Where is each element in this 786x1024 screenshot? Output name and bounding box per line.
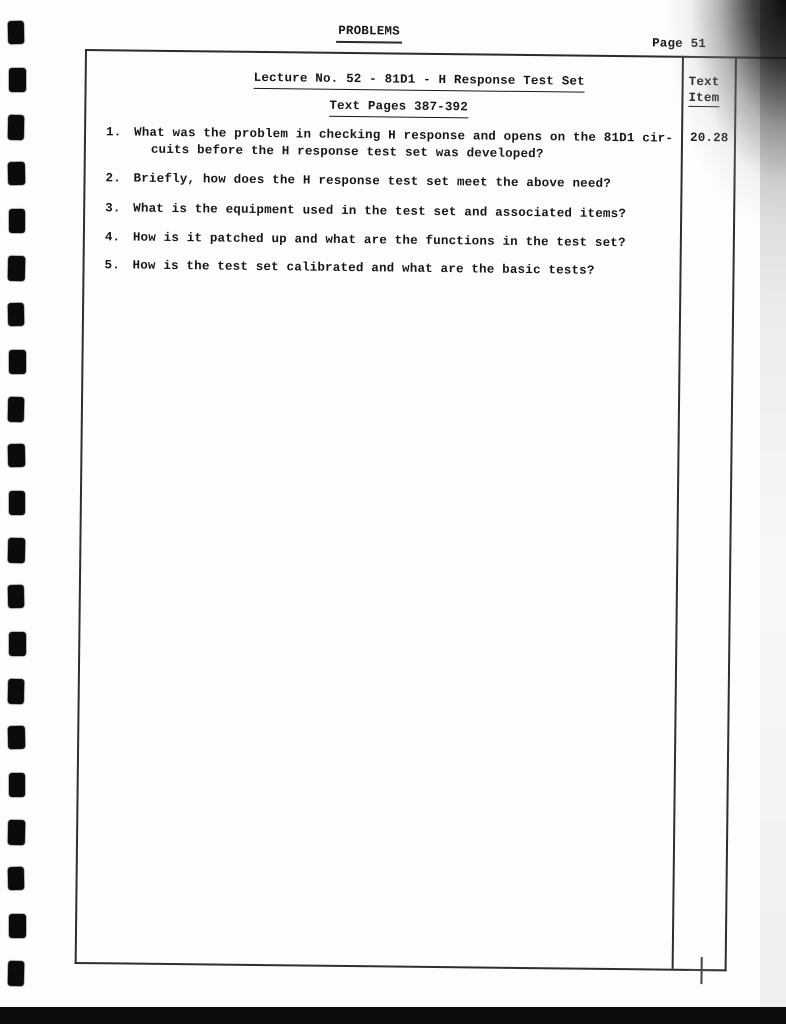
lecture-title: Lecture No. 52 - 81D1 - H Response Test … xyxy=(254,70,585,93)
question-number: 5. xyxy=(104,257,120,274)
scanner-edge-bar xyxy=(0,1007,786,1024)
page-content: PROBLEMS Page 51 Lecture No. 52 - 81D1 -… xyxy=(0,0,786,1024)
question-row: 1. What was the problem in checking H re… xyxy=(106,124,696,165)
text-item-header-line2: Item xyxy=(688,91,719,107)
scanned-page: PROBLEMS Page 51 Lecture No. 52 - 81D1 -… xyxy=(0,0,786,1024)
question-number: 3. xyxy=(105,200,121,217)
running-header: PROBLEMS xyxy=(336,23,402,44)
text-item-header-line1: Text xyxy=(689,75,720,89)
page-number: Page 51 xyxy=(652,35,706,53)
question-number: 1. xyxy=(106,124,122,141)
question-number: 4. xyxy=(105,229,121,246)
text-item-column-header: Text Item xyxy=(688,74,719,106)
question-text: What was the problem in checking H respo… xyxy=(134,125,679,165)
registration-mark xyxy=(688,969,716,971)
question-number: 2. xyxy=(105,170,121,187)
text-pages-subtitle: Text Pages 387-392 xyxy=(329,98,468,119)
